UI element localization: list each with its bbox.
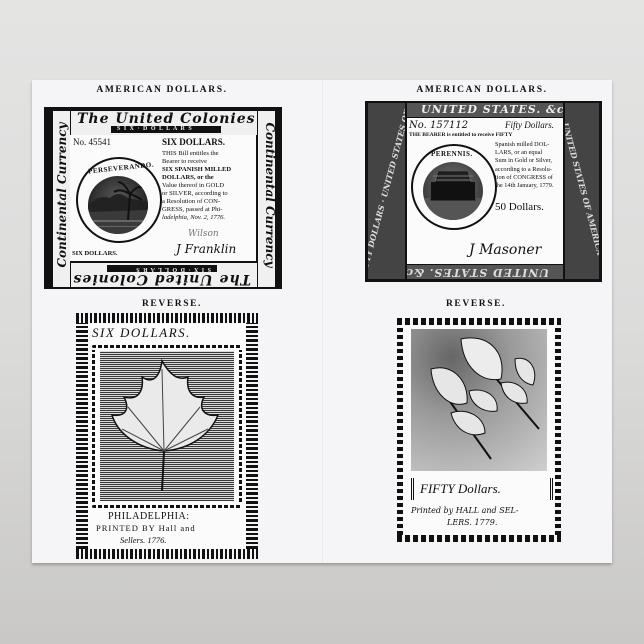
seal: PERSEVERANDO. [76, 157, 162, 243]
caption-fifty-dollars-front: AMERICAN DOLLARS. [362, 85, 602, 95]
body-line: GRESS, passed at Phi- [162, 206, 254, 214]
header-text: UNITED STATES. &c. [421, 104, 563, 115]
seal-motto: PERENNIS. [431, 151, 473, 158]
body-line: according to a Resolu- [495, 166, 563, 174]
footer-sub-text: S I X · D O L L A R S [135, 266, 211, 272]
footer-band: The United Colonies S I X · D O L L A R … [70, 262, 258, 288]
note-body: THIS Bill entitles the Bearer to receive… [162, 150, 254, 222]
body-line: ladelphia, Nov. 2, 1776. [162, 214, 254, 222]
denomination: Fifty Dollars. [505, 121, 554, 130]
note-fifty-dollars-front: UNITED STATES. &c. UNITED STATES. &c. FI… [365, 101, 602, 282]
ornament-bottom [397, 535, 561, 542]
body-line: Spanish milled DOL- [495, 141, 563, 149]
right-side-band: UNITED STATES OF AMERICA [565, 103, 599, 279]
leaf-print [100, 351, 234, 501]
body-line: Sum in Gold or Silver, [495, 157, 563, 165]
note-six-dollars-reverse: SIX DOLLARS. PHILADELPHIA: PRINTED BY Ha… [76, 313, 258, 559]
reverse-title: SIX DOLLARS. [92, 326, 191, 339]
note-body: Spanish milled DOL- LARS, or an equal Su… [495, 141, 563, 190]
body-line: LARS, or an equal [495, 149, 563, 157]
serial-number: No. 157112 [409, 121, 468, 131]
body-line: tion of CONGRESS of [495, 174, 563, 182]
body-line: the 14th January, 1779. [495, 182, 563, 190]
left-side-text: FIFTY DOLLARS · UNITED STATES OF AMERICA [368, 103, 405, 277]
right-side-text: UNITED STATES OF AMERICA [565, 103, 599, 277]
ornament-bottom [76, 549, 258, 559]
header-text: The United Colonies [77, 112, 256, 126]
seal: PERENNIS. [411, 144, 497, 230]
sub-header-band: S I X · D O L L A R S [111, 126, 221, 133]
ornament-top [76, 313, 258, 323]
body-line: THIS Bill entitles the [162, 150, 254, 158]
palm-tree-icon [88, 176, 148, 234]
footer-denomination: SIX DOLLARS. [72, 251, 118, 258]
note-field: No. 45541 SIX DOLLARS. PERSEVERANDO. [70, 135, 256, 261]
footer-band: UNITED STATES. &c. [407, 265, 563, 279]
chain-left [92, 350, 95, 502]
chain-bottom [92, 505, 242, 508]
city-line: PHILADELPHIA: [108, 512, 190, 522]
note-six-dollars-front: The United Colonies S I X · D O L L A R … [44, 107, 282, 289]
ornament-right [555, 325, 561, 535]
signature-2: J Franklin [176, 243, 236, 255]
poster: AMERICAN DOLLARS. The United Colonies S … [32, 80, 612, 563]
center-divider [322, 80, 323, 563]
leaf-print [411, 329, 547, 471]
body-first-line: THE BEARER is entitled to receive FIFTY [409, 133, 512, 139]
left-side-text: Continental Currency [56, 115, 68, 275]
seal-motto: PERSEVERANDO. [88, 162, 155, 176]
ornament-right [246, 323, 258, 549]
pyramid-icon [423, 162, 483, 220]
denomination: SIX DOLLARS. [162, 138, 225, 147]
leaf-icon [100, 351, 234, 501]
body-line: a Resolution of CON- [162, 198, 254, 206]
body-line: Bearer to receive [162, 158, 254, 166]
body-line: or SILVER, according to [162, 190, 254, 198]
seal-image [423, 162, 483, 220]
reverse-title: FIFTY Dollars. [420, 482, 501, 495]
title-frame: FIFTY Dollars. [411, 478, 553, 500]
chain-top [92, 345, 242, 348]
printer-line-2: LERS. 1779. [447, 519, 497, 527]
leaves-icon [411, 329, 547, 471]
footer-band-text: The United Colonies [72, 272, 251, 286]
right-side-stripe [275, 111, 280, 287]
seal-image [88, 176, 148, 234]
body-line: DOLLARS, or the [162, 174, 254, 182]
note-fifty-dollars-reverse: FIFTY Dollars. Printed by HALL and SEL- … [397, 318, 561, 542]
caption-six-dollars-reverse: REVERSE. [72, 299, 272, 309]
footer-sub-band: S I X · D O L L A R S [107, 265, 217, 272]
chain-right [239, 350, 242, 502]
serial-number: No. 45541 [73, 138, 111, 147]
footer-band-text: UNITED STATES. &c. [407, 267, 549, 278]
body-line: SIX SPANISH MILLED [162, 166, 254, 174]
signature: J Masoner [469, 243, 541, 257]
printer-line-1: Printed by HALL and SEL- [411, 507, 519, 515]
body-line: Value thereof in GOLD [162, 182, 254, 190]
left-side-stripe [48, 111, 53, 287]
signature-1: Wilson [188, 230, 219, 239]
header-band: UNITED STATES. &c. [407, 103, 563, 118]
printer-line-2: Sellers. 1776. [120, 536, 167, 545]
header-band: The United Colonies S I X · D O L L A R … [70, 110, 258, 136]
ornament-top [397, 318, 561, 325]
caption-six-dollars-front: AMERICAN DOLLARS. [32, 85, 292, 95]
note-field: No. 157112 Fifty Dollars. THE BEARER is … [407, 118, 563, 264]
caption-fifty-dollars-reverse: REVERSE. [388, 299, 564, 309]
value-line: 50 Dollars. [495, 202, 544, 213]
left-side-band: FIFTY DOLLARS · UNITED STATES OF AMERICA [368, 103, 405, 279]
left-side-band: Continental Currency [47, 110, 71, 288]
ornament-left [76, 323, 88, 549]
right-side-band: Continental Currency [257, 110, 281, 288]
printer-line-1: PRINTED BY Hall and [96, 524, 196, 533]
sub-header-text: S I X · D O L L A R S [117, 126, 193, 132]
ornament-left [397, 325, 403, 535]
